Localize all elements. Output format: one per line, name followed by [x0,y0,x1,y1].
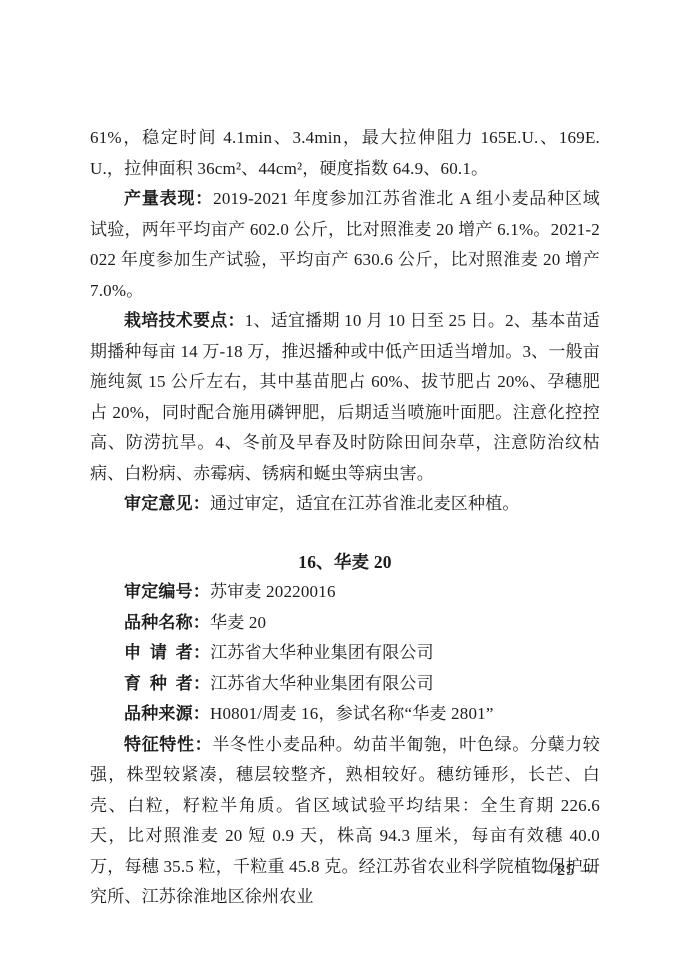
cultivation-techniques-label: 栽培技术要点： [124,311,245,330]
page-number: — 25 — [534,859,598,881]
variety-name-label: 品种名称： [124,613,210,632]
paragraph-yield-performance: 产量表现：2019-2021 年度参加江苏省淮北 A 组小麦品种区域试验，两年平… [90,184,600,306]
paragraph-dough-quality-continued: 61%，稳定时间 4.1min、3.4min，最大拉伸阻力 165E.U.、16… [90,123,600,184]
field-variety-name: 品种名称：华麦 20 [90,608,600,639]
traits-text: 半冬性小麦品种。幼苗半匍匏，叶色绿。分蘖力较强，株型较紧凑，穗层较整齐，熟相较好… [90,735,600,907]
document-body: 61%，稳定时间 4.1min、3.4min，最大拉伸阻力 165E.U.、16… [90,123,600,913]
yield-performance-label: 产量表现： [124,189,213,208]
section-heading-huamai-20: 16、华麦 20 [90,547,600,578]
field-variety-origin: 品种来源：H0801/周麦 16，参试名称“华麦 2801” [90,699,600,730]
applicant-label: 申 请 者： [124,643,210,662]
paragraph-text: 61%，稳定时间 4.1min、3.4min，最大拉伸阻力 165E.U.、16… [90,128,600,178]
traits-label: 特征特性： [124,735,212,754]
approval-number-value: 苏审麦 20220016 [210,582,336,601]
paragraph-traits: 特征特性：半冬性小麦品种。幼苗半匍匏，叶色绿。分蘖力较强，株型较紧凑，穗层较整齐… [90,730,600,913]
variety-origin-label: 品种来源： [124,704,210,723]
document-page: 61%，稳定时间 4.1min、3.4min，最大拉伸阻力 165E.U.、16… [0,0,690,975]
field-breeder: 育 种 者：江苏省大华种业集团有限公司 [90,669,600,700]
approval-number-label: 审定编号： [124,582,210,601]
approval-opinion-text: 通过审定，适宜在江苏省淮北麦区种植。 [210,494,520,513]
paragraph-approval-opinion: 审定意见：通过审定，适宜在江苏省淮北麦区种植。 [90,489,600,520]
field-applicant: 申 请 者：江苏省大华种业集团有限公司 [90,638,600,669]
paragraph-cultivation-techniques: 栽培技术要点：1、适宜播期 10 月 10 日至 25 日。2、基本苗适期播种每… [90,306,600,489]
breeder-value: 江苏省大华种业集团有限公司 [210,674,434,693]
applicant-value: 江苏省大华种业集团有限公司 [210,643,434,662]
field-approval-number: 审定编号：苏审麦 20220016 [90,577,600,608]
variety-name-value: 华麦 20 [210,613,266,632]
approval-opinion-label: 审定意见： [124,494,210,513]
breeder-label: 育 种 者： [124,674,210,693]
variety-origin-value: H0801/周麦 16，参试名称“华麦 2801” [210,704,494,723]
cultivation-techniques-text: 1、适宜播期 10 月 10 日至 25 日。2、基本苗适期播种每亩 14 万-… [90,311,600,483]
